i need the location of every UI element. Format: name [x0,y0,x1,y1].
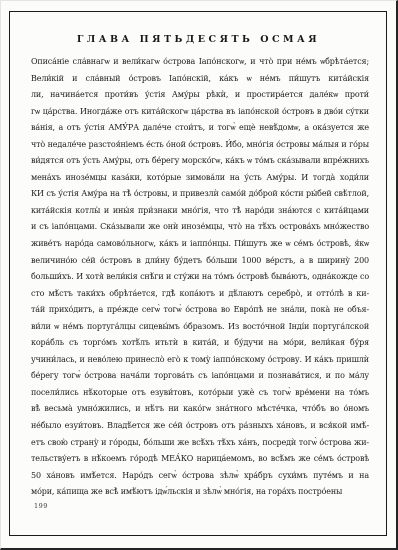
text-line: не́было езуи́товъ. Владѣ́ется же се́й о́… [31,418,369,435]
page-content: ГЛАВА ПЯТЬДЕСЯТЬ ОСМАЯ Описа́ніе сла́вна… [31,34,366,501]
text-line: вѣ̀ весьма̀ умно́жились, и нѣ́тъ ни како… [31,401,369,418]
text-line: мо́ри, ка́пища же всѣ̀ имѣ́ютъ ідѡ́льскі… [31,484,369,501]
text-line: ва́нія, а отъ у́стія АМУ́РА дале́че стои… [31,120,369,137]
text-line: ви́ли ѡ не́мъ португа́лцы сицевы́мъ о́бр… [31,319,369,336]
book-page: ГЛАВА ПЯТЬДЕСЯТЬ ОСМАЯ Описа́ніе сла́вна… [0,0,398,550]
text-line: Описа́ніе сла́внагѡ и вели́кагѡ о́строва… [31,54,369,71]
page-number: 199 [34,502,48,510]
text-line: КИ съ у́стія Аму́ра на тѣ̀ о́стровы, и п… [31,186,369,203]
text-line: кора́бль съ торго́мъ хотѣ́лъ итьтѝ в кит… [31,335,369,352]
text-line: сто мѣ́стъ таки́хъ обрѣта́ется, гдѣ̀ коп… [31,286,369,303]
text-line: 50 ха́новъ имѣ́ется. Наро́дъ сегѡ̀ о́стр… [31,468,369,485]
text-line: Вели́кій и сла́вный о́стровъ Іапо́нскій,… [31,71,369,88]
text-line: ли, начина́ется проти́въ у́стія Аму́ры р… [31,87,369,104]
body-text: Описа́ніе сла́внагѡ и вели́кагѡ о́строва… [31,54,369,501]
text-line: и съ іапо́нцами. Ска́зывали же онѝ инозе… [31,219,369,236]
text-line: кита́йскія котлы̀ и ины́я при́знаки мно́… [31,203,369,220]
text-line: етъ свою̀ страну̀ и го́роды, бо́льши же … [31,435,369,452]
text-line: тельству́етъ в нѣ́коемъ го́родѣ МЕА́КО н… [31,451,369,468]
text-line: мена́хъ инозе́мцы каза́ки, кото́рые зимо… [31,170,369,187]
chapter-title: ГЛАВА ПЯТЬДЕСЯТЬ ОСМАЯ [31,34,366,45]
text-line: посели́лись нѣ́которые отъ езуви́товъ, к… [31,385,369,402]
text-line: ви́дятся отъ у́сть Аму́ры, отъ бе́регу м… [31,153,369,170]
text-line: та́й прихо́дитъ, а пре́жде сегѡ̀ тогѡ̀ о… [31,302,369,319]
text-line: бе́регу тогѡ̀ о́строва нача́ли торгова́т… [31,368,369,385]
text-line: величино́ю се́й о́стровъ в дли́ну бу́дет… [31,253,369,270]
text-line: что̀ недале́че разстоя́ніемъ е́сть о́ной… [31,137,369,154]
text-line: больши́хъ. И хотя̀ вели́кія снѣ́ги и сту… [31,269,369,286]
text-line: учини́лась, и нево́лею принесло̀ его̀ к … [31,352,369,369]
text-line: гѡ ца́рства. Иногда́же отъ кита́йскогѡ ц… [31,104,369,121]
text-line: живе́тъ наро́да самово́льногѡ, ка́къ и і… [31,236,369,253]
